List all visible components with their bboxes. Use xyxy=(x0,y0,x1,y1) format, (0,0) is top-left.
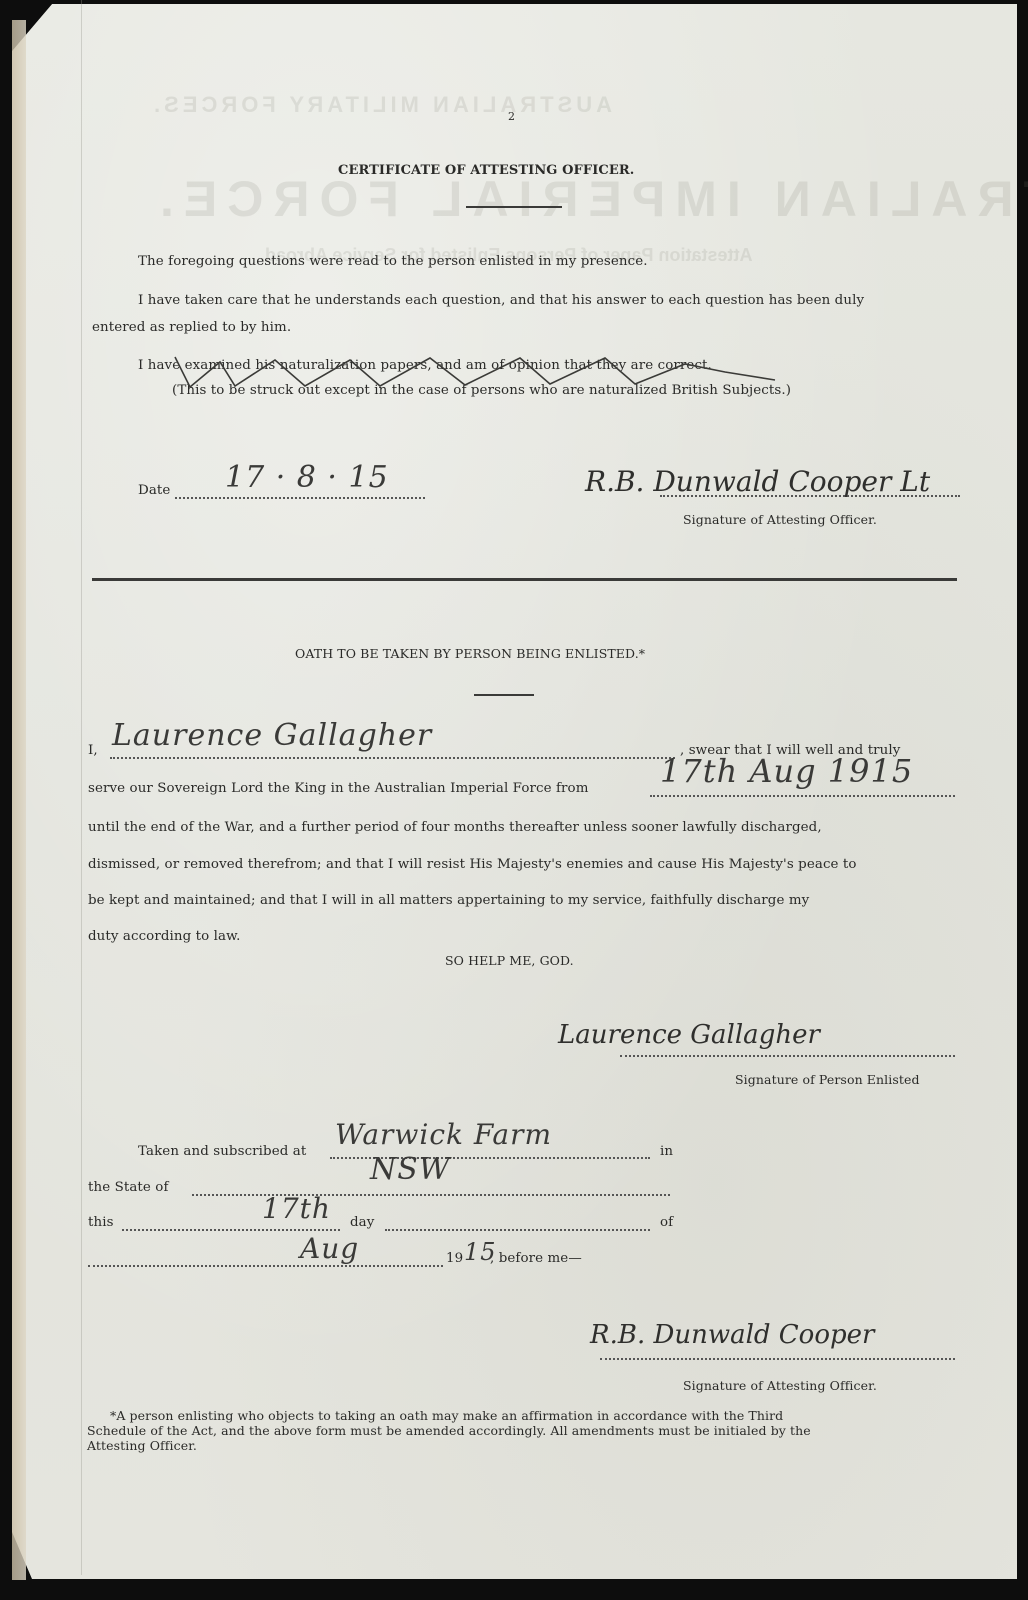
oath-line-6: duty according to law. xyxy=(88,929,240,944)
paper-edge xyxy=(12,20,26,1580)
officer-signature-label-2: Signature of Attesting Officer. xyxy=(683,1378,877,1393)
oath-line-2: serve our Sovereign Lord the King in the… xyxy=(88,781,589,796)
certificate-para-2-line-2: entered as replied to by him. xyxy=(92,320,291,335)
state-label: the State of xyxy=(88,1180,169,1195)
of-word: of xyxy=(660,1215,673,1230)
strike-through-scribble xyxy=(165,352,785,392)
day-value: 17th xyxy=(262,1192,331,1225)
place-suffix: in xyxy=(660,1144,673,1159)
officer-signature-label-1: Signature of Attesting Officer. xyxy=(683,512,877,527)
section-divider xyxy=(92,578,957,581)
oath-title: OATH TO BE TAKEN BY PERSON BEING ENLISTE… xyxy=(295,646,645,661)
footnote-line-3: Attesting Officer. xyxy=(87,1438,197,1453)
oath-title-underline xyxy=(474,694,534,696)
day-label: this xyxy=(88,1215,114,1230)
month-value: Aug xyxy=(300,1232,359,1265)
footnote-line-1: *A person enlisting who objects to takin… xyxy=(110,1408,783,1423)
officer-signature-2: R.B. Dunwald Cooper xyxy=(590,1320,874,1350)
enlistment-from-date: 17th Aug 1915 xyxy=(660,752,913,790)
officer-signature-2-dotted-line xyxy=(600,1358,955,1360)
name-dotted-line xyxy=(110,757,675,759)
from-date-dotted-line xyxy=(650,795,955,797)
title-underline xyxy=(466,206,562,208)
date-value: 17 · 8 · 15 xyxy=(225,460,389,495)
oath-line-5: be kept and maintained; and that I will … xyxy=(88,893,809,908)
date-label: Date xyxy=(138,483,170,498)
fold-line xyxy=(81,0,82,1575)
oath-line-3: until the end of the War, and a further … xyxy=(88,820,822,835)
bleed-through-text: AUSTRALIAN MILITARY FORCES. xyxy=(150,92,612,118)
certificate-para-2-line-1: I have taken care that he understands ea… xyxy=(138,293,864,308)
oath-closing: SO HELP ME, GOD. xyxy=(445,953,574,968)
page-number: 2 xyxy=(508,110,515,123)
oath-prefix: I, xyxy=(88,743,98,758)
signature-dotted-line xyxy=(660,495,960,497)
footnote-line-2: Schedule of the Act, and the above form … xyxy=(87,1423,811,1438)
state-value: NSW xyxy=(370,1152,451,1187)
certificate-title: CERTIFICATE OF ATTESTING OFFICER. xyxy=(338,163,634,178)
enlistee-signature-label: Signature of Person Enlisted xyxy=(735,1072,920,1087)
date-dotted-line xyxy=(175,497,425,499)
enlistee-signature: Laurence Gallagher xyxy=(558,1020,820,1050)
enlistee-name: Laurence Gallagher xyxy=(112,718,432,753)
day-trailing-dotted-line xyxy=(385,1229,650,1231)
oath-line-4: dismissed, or removed therefrom; and tha… xyxy=(88,857,857,872)
month-dotted-line xyxy=(88,1265,443,1267)
year-prefix: 19 xyxy=(446,1251,463,1266)
day-dotted-line xyxy=(122,1229,340,1231)
bleed-through-heading: AUSTRALIAN IMPERIAL FORCE. xyxy=(150,170,1028,228)
certificate-para-1: The foregoing questions were read to the… xyxy=(138,254,648,269)
place-label: Taken and subscribed at xyxy=(138,1144,306,1159)
officer-signature-1: R.B. Dunwald Cooper Lt xyxy=(585,465,930,498)
enlistee-signature-dotted-line xyxy=(620,1055,955,1057)
before-me: , before me— xyxy=(490,1251,582,1266)
day-word: day xyxy=(350,1215,374,1230)
place-value: Warwick Farm xyxy=(335,1118,552,1151)
